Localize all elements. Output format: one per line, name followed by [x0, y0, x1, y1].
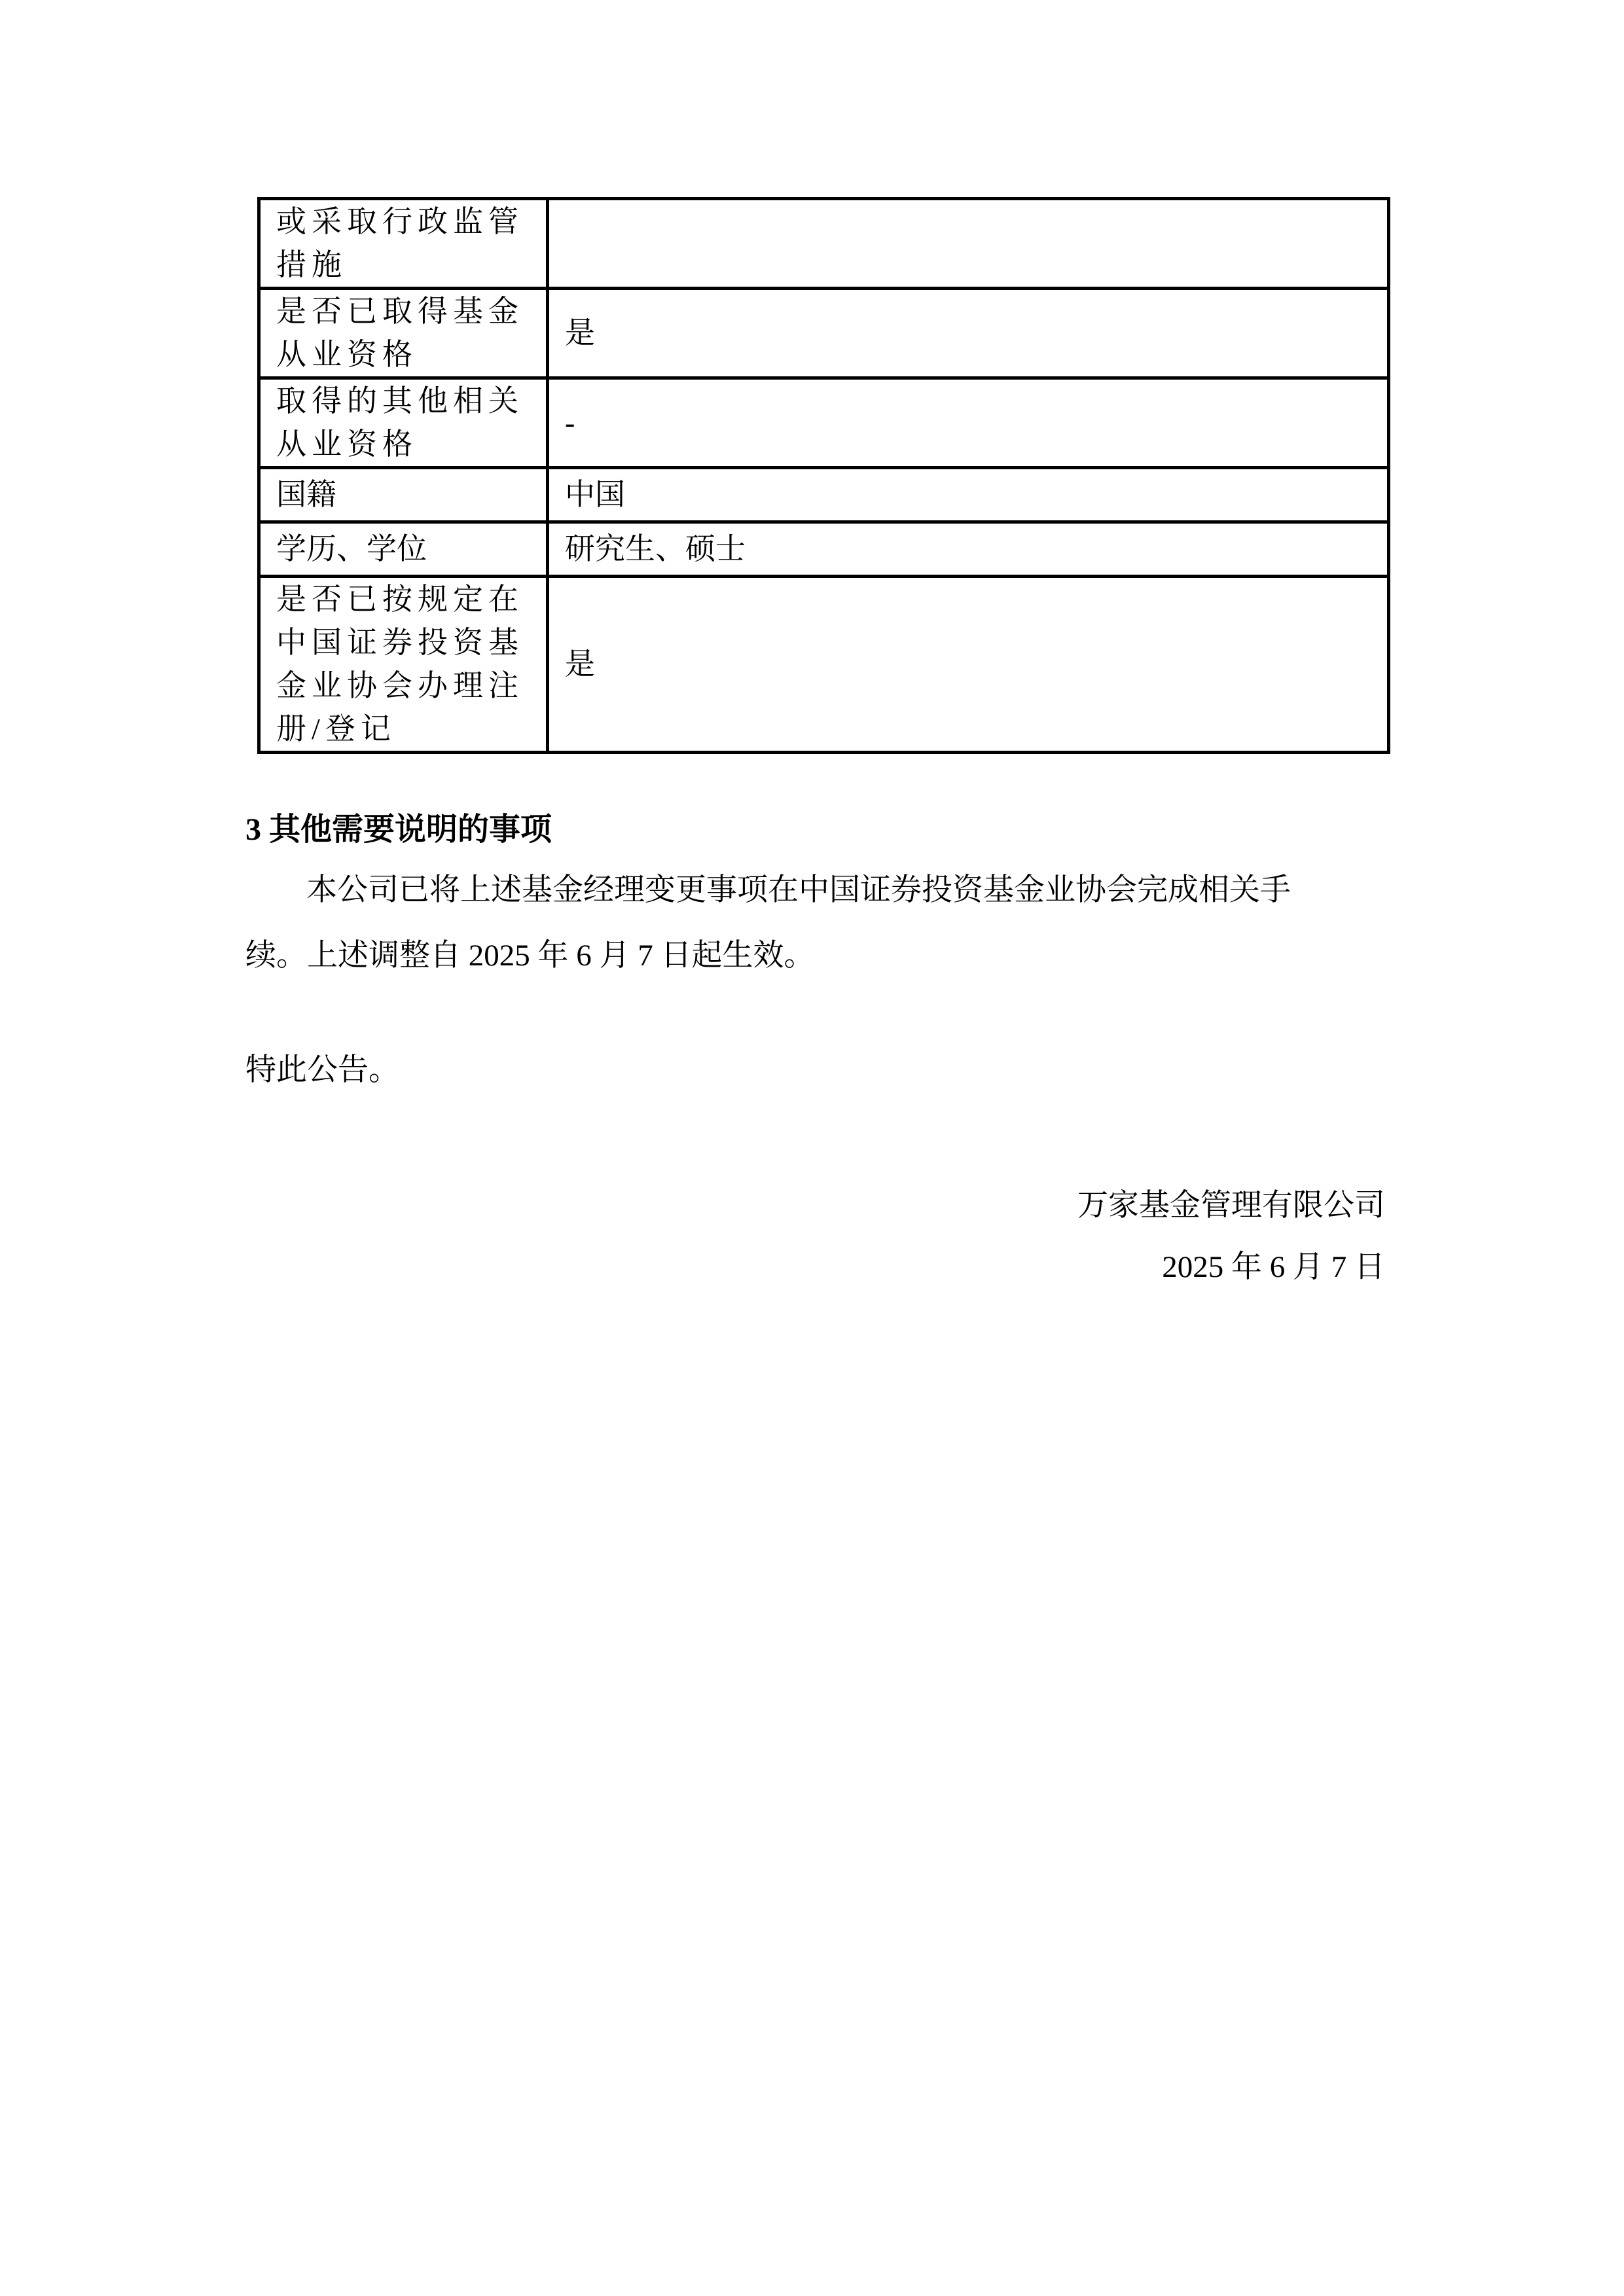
- section-heading: 3 其他需要说明的事项: [245, 810, 552, 850]
- row-value: 中国: [548, 468, 1389, 522]
- table-row: 取得的其他相关从业资格 -: [259, 378, 1389, 468]
- table-row: 国籍 中国: [259, 468, 1389, 522]
- table-row: 是否已按规定在中国证券投资基金业协会办理注册/登记 是: [259, 577, 1389, 753]
- row-value: [548, 199, 1389, 289]
- signature-date: 2025 年 6 月 7 日: [1162, 1247, 1385, 1287]
- row-label: 或采取行政监管措施: [259, 199, 548, 289]
- table-row: 学历、学位 研究生、硕士: [259, 522, 1389, 577]
- row-value: 研究生、硕士: [548, 522, 1389, 577]
- signature-company: 万家基金管理有限公司: [1077, 1186, 1385, 1225]
- row-label: 是否已取得基金从业资格: [259, 289, 548, 378]
- row-label: 取得的其他相关从业资格: [259, 378, 548, 468]
- paragraph-line: 本公司已将上述基金经理变更事项在中国证券投资基金业协会完成相关手: [245, 857, 1391, 923]
- section-paragraph: 本公司已将上述基金经理变更事项在中国证券投资基金业协会完成相关手 续。上述调整自…: [245, 857, 1391, 988]
- row-value: 是: [548, 577, 1389, 753]
- closing-statement: 特此公告。: [245, 1050, 399, 1090]
- fund-manager-info-table: 或采取行政监管措施 是否已取得基金从业资格 是 取得的其他相关从业资格 - 国籍…: [257, 197, 1390, 754]
- table-row: 或采取行政监管措施: [259, 199, 1389, 289]
- row-value: 是: [548, 289, 1389, 378]
- document-page: 或采取行政监管措施 是否已取得基金从业资格 是 取得的其他相关从业资格 - 国籍…: [0, 0, 1624, 2296]
- table-row: 是否已取得基金从业资格 是: [259, 289, 1389, 378]
- row-label: 是否已按规定在中国证券投资基金业协会办理注册/登记: [259, 577, 548, 753]
- paragraph-line: 续。上述调整自 2025 年 6 月 7 日起生效。: [245, 923, 1391, 988]
- row-label: 学历、学位: [259, 522, 548, 577]
- row-value: -: [548, 378, 1389, 468]
- row-label: 国籍: [259, 468, 548, 522]
